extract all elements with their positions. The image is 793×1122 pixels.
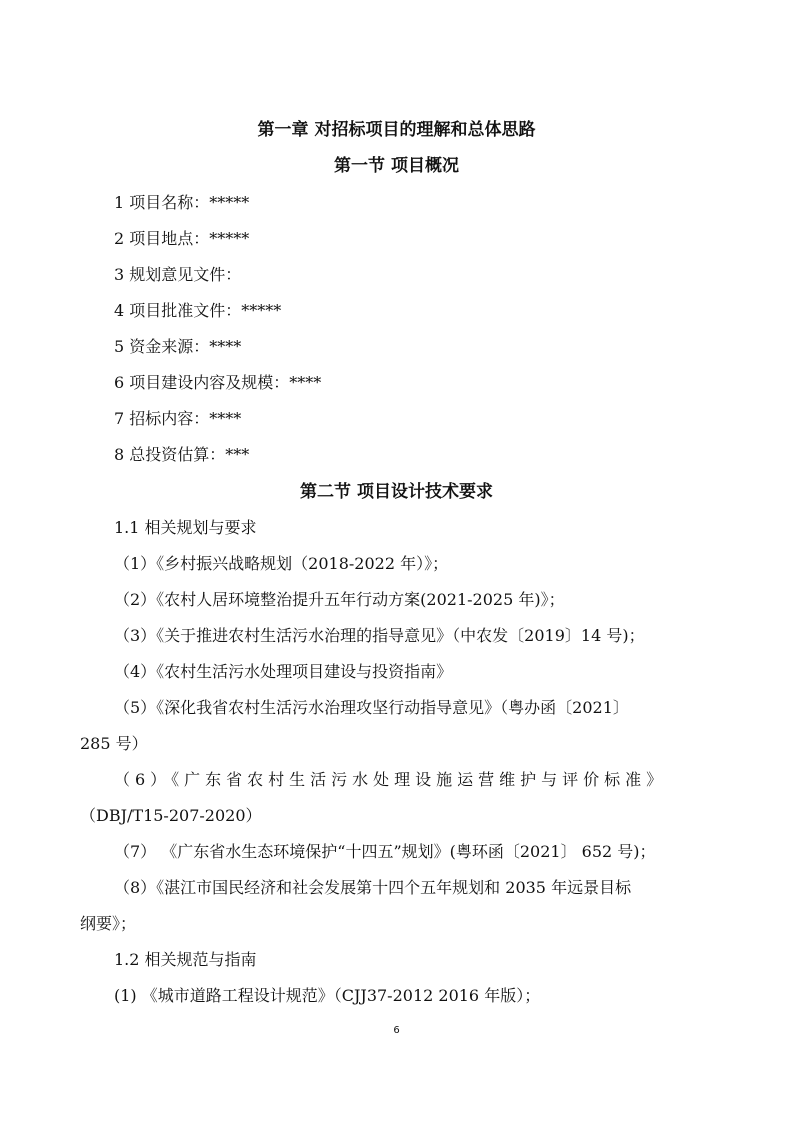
section-title-overview: 第一节 项目概况 [0,156,793,176]
overview-item: 2 项目地点：***** [114,229,249,249]
page-number: 6 [0,1025,793,1036]
reference-item: （8）《湛江市国民经济和社会发展第十四个五年规划和 2035 年远景目标 [114,878,631,898]
overview-item: 8 总投资估算：*** [114,445,249,465]
reference-item: （4）《农村生活污水处理项目建设与投资指南》 [114,662,452,682]
reference-item: （2）《农村人居环境整治提升五年行动方案(2021-2025 年)》； [114,590,565,610]
standard-item: (1) 《城市道路工程设计规范》（CJJ37-2012 2016 年版）； [114,986,540,1006]
subsection-title: 1.2 相关规范与指南 [114,950,257,970]
reference-item: （1）《乡村振兴战略规划（2018-2022 年）》； [114,554,448,574]
overview-item: 7 招标内容：**** [114,409,241,429]
overview-item: 6 项目建设内容及规模：**** [114,373,321,393]
reference-item: （6）《广东省农村生活污水处理设施运营维护与评价标准》 [114,770,667,790]
subsection-title: 1.1 相关规划与要求 [114,518,257,538]
reference-item: （3）《关于推进农村生活污水治理的指导意见》（中农发〔2019〕14 号)； [114,626,645,646]
reference-item: （7） 《广东省水生态环境保护“十四五”规划》(粤环函〔2021〕 652 号)… [114,842,656,862]
overview-item: 4 项目批准文件：***** [114,301,281,321]
overview-item: 3 规划意见文件： [114,265,241,285]
chapter-title: 第一章 对招标项目的理解和总体思路 [0,120,793,140]
reference-item-continuation: 纲要》； [80,914,136,934]
reference-item-continuation: （DBJ/T15-207-2020） [80,806,262,826]
section-title-requirements: 第二节 项目设计技术要求 [0,482,793,502]
reference-item: （5）《深化我省农村生活污水治理攻坚行动指导意见》（粤办函〔2021〕 [114,698,629,718]
overview-item: 1 项目名称：***** [114,193,249,213]
overview-item: 5 资金来源：**** [114,337,241,357]
reference-item-continuation: 285 号） [80,734,148,754]
